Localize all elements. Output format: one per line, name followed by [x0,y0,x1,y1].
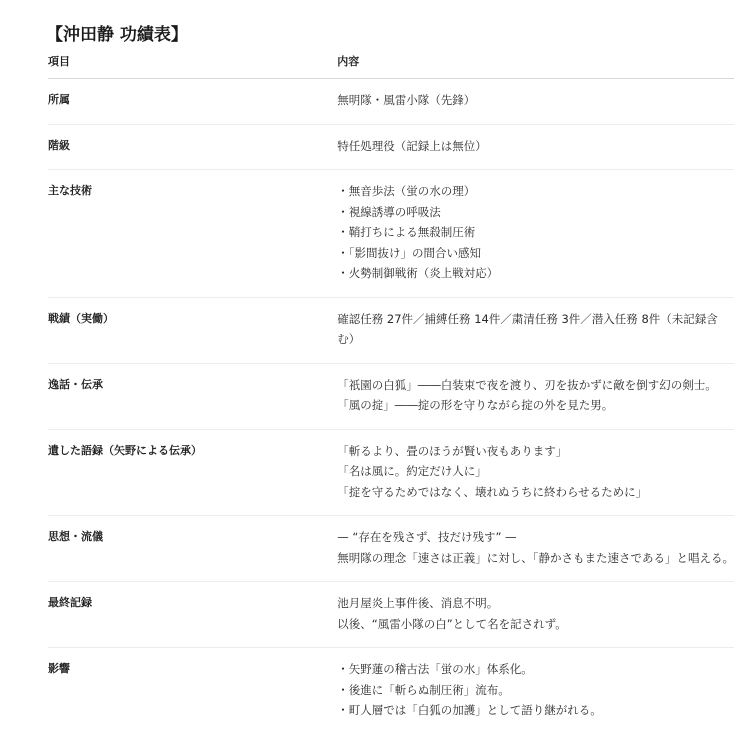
row-label: 階級 [48,124,337,170]
value-line: ・矢野蓮の稽古法「蛍の水」体系化。 [337,659,734,680]
table-header-row: 項目 内容 [48,47,734,79]
value-line: 池月屋炎上事件後、消息不明。 [337,593,734,614]
row-label: 逸話・伝承 [48,363,337,429]
value-line: 無明隊の理念「速さは正義」に対し、「静かさもまた速さである」と唱える。 [337,548,734,569]
value-line: 「祇園の白狐」――白装束で夜を渡り、刃を抜かずに敵を倒す幻の剣士。 [337,375,734,396]
table-row: 所属無明隊・風雷小隊（先鋒） [48,79,734,125]
value-line: ・鞘打ちによる無殺制圧術 [337,222,734,243]
table-row: 主な技術・無音歩法（蛍の水の理）・視線誘導の呼吸法・鞘打ちによる無殺制圧術・「影… [48,170,734,298]
value-line: ・「影間抜け」の間合い感知 [337,243,734,264]
value-line: ・後進に「斬らぬ制圧術」流布。 [337,680,734,685]
row-value: 「祇園の白狐」――白装束で夜を渡り、刃を抜かずに敵を倒す幻の剣士。「風の掟」――… [337,363,734,429]
header-content: 内容 [337,47,734,79]
value-line: 特任処理役（記録上は無位） [337,136,734,157]
header-item: 項目 [48,47,337,79]
table-body: 所属無明隊・風雷小隊（先鋒）階級特任処理役（記録上は無位）主な技術・無音歩法（蛍… [48,79,734,685]
row-value: 池月屋炎上事件後、消息不明。以後、“風雷小隊の白”として名を記されず。 [337,582,734,648]
value-line: 確認任務 27件／捕縛任務 14件／粛清任務 3件／潜入任務 8件（未記録含む） [337,309,734,350]
row-label: 戦績（実働） [48,297,337,363]
value-line: 無明隊・風雷小隊（先鋒） [337,90,734,111]
row-value: — “存在を残さず、技だけ残す” —無明隊の理念「速さは正義」に対し、「静かさも… [337,516,734,582]
table-row: 最終記録池月屋炎上事件後、消息不明。以後、“風雷小隊の白”として名を記されず。 [48,582,734,648]
row-label: 思想・流儀 [48,516,337,582]
value-line: ・視線誘導の呼吸法 [337,202,734,223]
row-value: ・無音歩法（蛍の水の理）・視線誘導の呼吸法・鞘打ちによる無殺制圧術・「影間抜け」… [337,170,734,298]
value-line: ・無音歩法（蛍の水の理） [337,181,734,202]
row-value: 特任処理役（記録上は無位） [337,124,734,170]
row-value: 「斬るより、畳のほうが賢い夜もあります」「名は風に。約定だけ人に」「掟を守るため… [337,429,734,516]
page-title: 【沖田静 功績表】 [46,20,188,45]
table-row: 階級特任処理役（記録上は無位） [48,124,734,170]
value-line: 「掟を守るためではなく、壊れぬうちに終わらせるために」 [337,482,734,503]
row-label: 最終記録 [48,582,337,648]
value-line: ・火勢制御戦術（炎上戦対応） [337,263,734,284]
value-line: 「風の掟」――掟の形を守りながら掟の外を見た男。 [337,395,734,416]
table-row: 戦績（実働）確認任務 27件／捕縛任務 14件／粛清任務 3件／潜入任務 8件（… [48,297,734,363]
row-label: 所属 [48,79,337,125]
table-row: 遺した語録（矢野による伝承）「斬るより、畳のほうが賢い夜もあります」「名は風に。… [48,429,734,516]
record-table: 項目 内容 所属無明隊・風雷小隊（先鋒）階級特任処理役（記録上は無位）主な技術・… [48,47,734,684]
row-label: 主な技術 [48,170,337,298]
table-row: 思想・流儀— “存在を残さず、技だけ残す” —無明隊の理念「速さは正義」に対し、… [48,516,734,582]
table-row: 逸話・伝承「祇園の白狐」――白装束で夜を渡り、刃を抜かずに敵を倒す幻の剣士。「風… [48,363,734,429]
value-line: 以後、“風雷小隊の白”として名を記されず。 [337,614,734,635]
table-row: 影響・矢野蓮の稽古法「蛍の水」体系化。・後進に「斬らぬ制圧術」流布。・町人層では… [48,648,734,685]
value-line: 「斬るより、畳のほうが賢い夜もあります」 [337,441,734,462]
value-line: — “存在を残さず、技だけ残す” — [337,527,734,548]
value-line: 「名は風に。約定だけ人に」 [337,461,734,482]
row-value: 無明隊・風雷小隊（先鋒） [337,79,734,125]
row-label: 影響 [48,648,337,685]
row-value: ・矢野蓮の稽古法「蛍の水」体系化。・後進に「斬らぬ制圧術」流布。・町人層では「白… [337,648,734,685]
row-value: 確認任務 27件／捕縛任務 14件／粛清任務 3件／潜入任務 8件（未記録含む） [337,297,734,363]
row-label: 遺した語録（矢野による伝承） [48,429,337,516]
